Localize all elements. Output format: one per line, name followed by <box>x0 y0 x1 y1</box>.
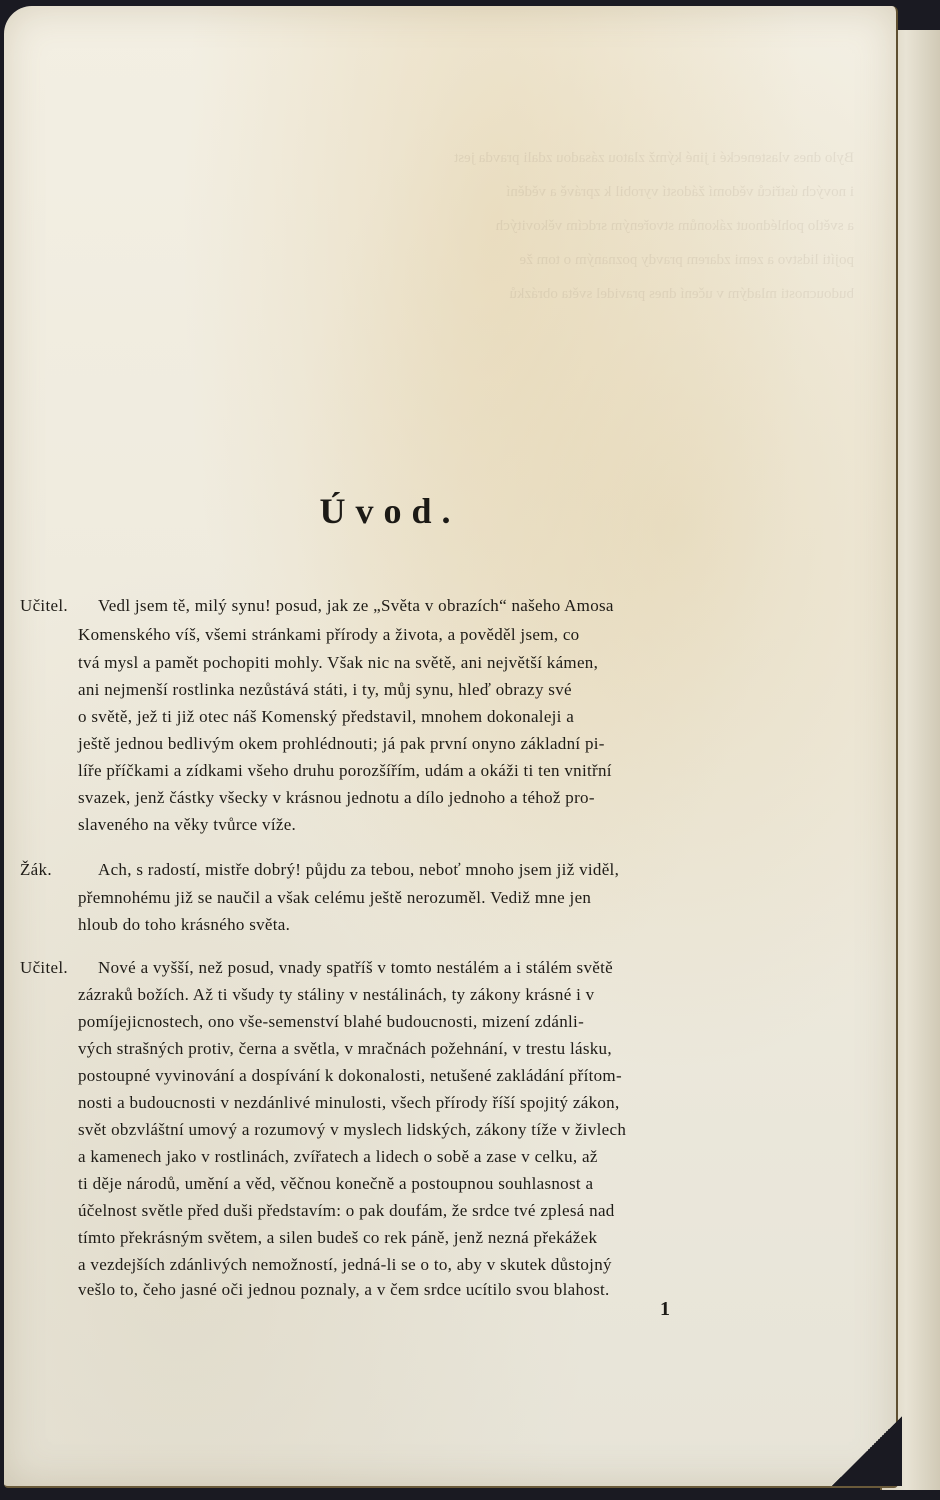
bleed-line: Bylo dnes vlastenecké i jiné kýmž zlatou… <box>34 141 854 175</box>
text-line: a vezdejších zdánlivých nemožností, jedn… <box>78 1255 612 1275</box>
text-line: nosti a budoucnosti v nezdánlivé minulos… <box>78 1093 620 1113</box>
torn-corner <box>832 1416 902 1486</box>
text-line: tímto překrásným světem, a silen budeš c… <box>78 1228 597 1248</box>
speaker-label: Žák. <box>20 860 52 880</box>
text-line: účelnost světle před duši představím: o … <box>78 1201 615 1221</box>
chapter-title: Úvod. <box>0 490 780 532</box>
text-line: tvá mysl a pamět pochopiti mohly. Však n… <box>78 653 598 673</box>
speaker-label: Učitel. <box>20 958 68 978</box>
text-line: vých strašných protiv, černa a světla, v… <box>78 1039 612 1059</box>
text-line: Nové a vyšší, než posud, vnady spatříš v… <box>98 958 613 978</box>
bleed-line: pojíti lidstvo a zemi zdarem pravdy pozn… <box>34 243 854 277</box>
text-line: svět obzvláštní umový a rozumový v mysle… <box>78 1120 626 1140</box>
text-line: svazek, jenž částky všecky v krásnou jed… <box>78 788 595 808</box>
page-number: 1 <box>660 1298 670 1321</box>
text-line: Ach, s radostí, mistře dobrý! půjdu za t… <box>98 860 619 880</box>
bleed-line: a světlo pohlédnout zákonům stvořeným sr… <box>34 209 854 243</box>
text-line: o světě, jež ti již otec náš Komenský př… <box>78 707 574 727</box>
text-line: přemnohému již se naučil a však celému j… <box>78 888 591 908</box>
text-line: pomíjejicnostech, ono vše-semenství blah… <box>78 1012 584 1032</box>
text-line: postoupné vyvinování a dospívání k dokon… <box>78 1066 622 1086</box>
bleed-through-text: Bylo dnes vlastenecké i jiné kýmž zlatou… <box>34 141 854 541</box>
text-line: ani nejmenší rostlinka nezůstává státi, … <box>78 680 572 700</box>
text-line: líře příčkami a zídkami všeho druhu poro… <box>78 761 612 781</box>
text-line: Vedl jsem tě, milý synu! posud, jak ze „… <box>98 596 614 616</box>
text-line: Komenského víš, všemi stránkami přírody … <box>78 625 579 645</box>
text-line: a kamenech jako v rostlinách, zvířatech … <box>78 1147 598 1167</box>
bleed-line: i nových ústřiců vědomí žádostí vyrobil … <box>34 175 854 209</box>
text-line: ti děje národů, umění a věd, věčnou kone… <box>78 1174 593 1194</box>
text-line: ještě jednou bedlivým okem prohlédnouti;… <box>78 734 605 754</box>
speaker-label: Učitel. <box>20 596 68 616</box>
text-line: hloub do toho krásného světa. <box>78 915 290 935</box>
bleed-line: budoucnosti mladým v učení dnes pravidel… <box>34 277 854 311</box>
text-line: vešlo to, čeho jasné oči jednou poznaly,… <box>78 1280 610 1300</box>
text-line: zázraků božích. Až ti všudy ty stáliny v… <box>78 985 594 1005</box>
text-line: slaveného na věky tvůrce víže. <box>78 815 296 835</box>
